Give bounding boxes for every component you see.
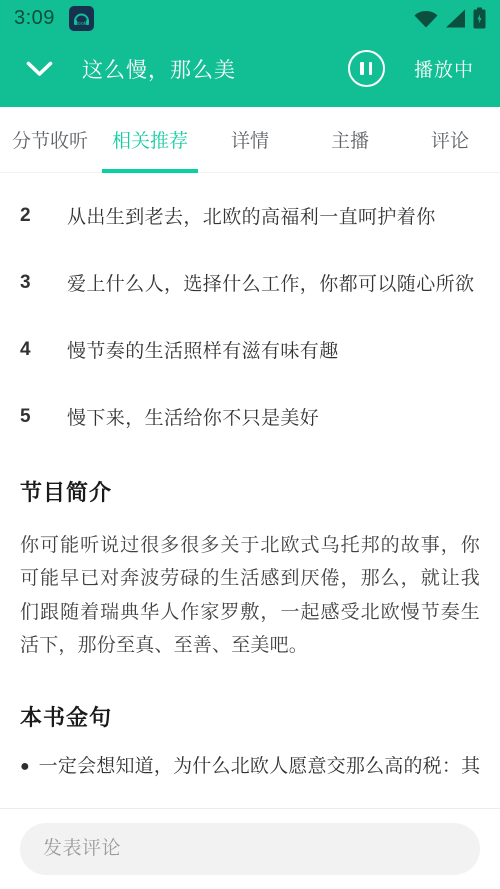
episode-number: 4: [20, 339, 67, 361]
audiobook-app-screen: 3:09 look: [0, 0, 500, 889]
chevron-down-icon: [26, 61, 53, 77]
now-playing-title: 这么慢，那么美: [82, 54, 236, 84]
episode-number: 3: [20, 272, 67, 294]
status-time: 3:09: [14, 7, 55, 30]
active-tab-underline: [102, 169, 198, 173]
episode-row[interactable]: 5 慢下来，生活给你不只是美好: [0, 383, 500, 450]
tab-chapters[interactable]: 分节收听: [0, 107, 100, 172]
player-header: 3:09 look: [0, 0, 500, 107]
tab-label: 详情: [231, 126, 269, 153]
tab-label: 评论: [431, 126, 469, 153]
episode-title: 从出生到老去，北欧的高福利一直呵护着你: [67, 202, 436, 229]
pause-button[interactable]: [348, 50, 385, 87]
tab-label: 分节收听: [12, 126, 88, 153]
comment-bar: [0, 808, 500, 889]
svg-text:look: look: [76, 21, 86, 27]
quote-item: ● 一定会想知道，为什么北欧人愿意交那么高的税：其: [20, 753, 480, 781]
tab-related[interactable]: 相关推荐: [100, 107, 200, 172]
tab-details[interactable]: 详情: [200, 107, 300, 172]
tab-comments[interactable]: 评论: [400, 107, 500, 172]
notification-app-icon: look: [69, 6, 94, 31]
tab-bar: 分节收听 相关推荐 详情 主播 评论: [0, 107, 500, 173]
quotes-section-heading: 本书金句: [20, 701, 480, 732]
intro-section-heading: 节目简介: [20, 476, 480, 507]
comment-input-pill[interactable]: [20, 823, 480, 875]
episode-number: 2: [20, 205, 67, 227]
playing-status-label: 播放中: [414, 55, 474, 82]
episode-title: 爱上什么人，选择什么工作，你都可以随心所欲: [67, 269, 474, 296]
battery-charging-icon: [473, 7, 486, 29]
signal-icon: [445, 9, 466, 28]
tab-label: 主播: [331, 126, 369, 153]
episode-title: 慢下来，生活给你不只是美好: [67, 403, 319, 430]
pause-icon: [360, 62, 364, 75]
tab-host[interactable]: 主播: [300, 107, 400, 172]
bullet-icon: ●: [20, 753, 30, 781]
episode-row[interactable]: 3 爱上什么人，选择什么工作，你都可以随心所欲: [0, 249, 500, 316]
status-bar: 3:09 look: [0, 0, 500, 36]
pause-icon: [369, 62, 373, 75]
comment-input[interactable]: [43, 838, 443, 860]
content-scroll-area[interactable]: 2 从出生到老去，北欧的高福利一直呵护着你 3 爱上什么人，选择什么工作，你都可…: [0, 174, 500, 783]
episode-number: 5: [20, 406, 67, 428]
collapse-player-button[interactable]: [24, 57, 54, 81]
tab-label: 相关推荐: [112, 126, 188, 153]
player-bar: 这么慢，那么美 播放中: [0, 36, 500, 107]
episode-row[interactable]: 2 从出生到老去，北欧的高福利一直呵护着你: [0, 182, 500, 249]
episode-title: 慢节奏的生活照样有滋有味有趣: [67, 336, 339, 363]
episode-row[interactable]: 4 慢节奏的生活照样有滋有味有趣: [0, 316, 500, 383]
intro-section-body: 你可能听说过很多很多关于北欧式乌托邦的故事，你可能早已对奔波劳碌的生活感到厌倦，…: [20, 529, 480, 663]
quote-text: 一定会想知道，为什么北欧人愿意交那么高的税：其: [39, 753, 481, 781]
wifi-icon: [414, 9, 438, 28]
headphone-icon: look: [72, 9, 91, 28]
